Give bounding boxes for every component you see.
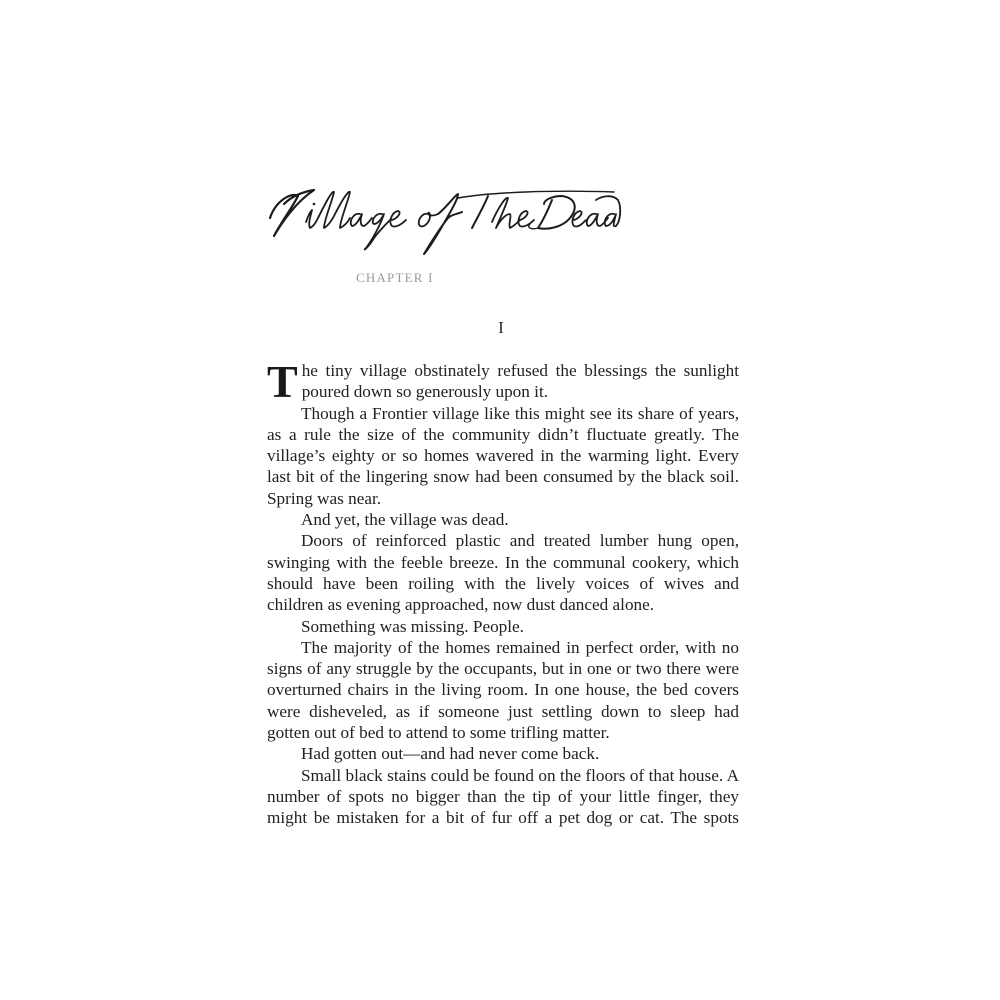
paragraph-4: Doors of reinforced plastic and treated …	[267, 530, 739, 615]
section-number: I	[0, 318, 1000, 338]
chapter-title: Village of the Dead	[262, 178, 622, 258]
paragraph-1-text: he tiny village obstinately refused the …	[302, 361, 739, 401]
paragraph-3: And yet, the village was dead.	[267, 509, 739, 530]
paragraph-8: Small black stains could be found on the…	[267, 765, 739, 829]
body-text: The tiny village obstinately refused the…	[267, 360, 739, 829]
chapter-label: CHAPTER I	[356, 270, 434, 286]
paragraph-2: Though a Frontier village like this migh…	[267, 403, 739, 509]
book-page: Village of the Dead	[0, 0, 1000, 1000]
paragraph-7: Had gotten out—and had never come back.	[267, 743, 739, 764]
paragraph-5: Something was missing. People.	[267, 616, 739, 637]
drop-cap: T	[267, 364, 298, 402]
script-title-graphic	[262, 178, 622, 258]
paragraph-1: The tiny village obstinately refused the…	[267, 360, 739, 403]
paragraph-6: The majority of the homes remained in pe…	[267, 637, 739, 743]
